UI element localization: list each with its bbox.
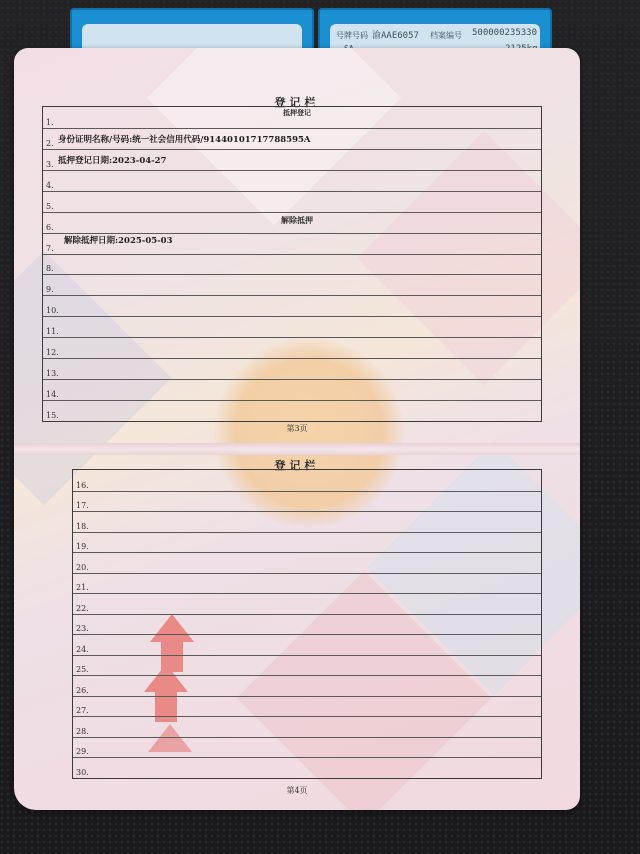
register-row: 29. <box>73 737 541 759</box>
archive-label: 档案编号 <box>430 30 462 41</box>
page4-register-table: 16.17.18.19.20.21.22.23.24.25.26.27.28.2… <box>72 469 542 779</box>
page3-number: 第3页 <box>14 423 580 434</box>
row-number: 10. <box>46 306 59 315</box>
row-number: 17. <box>76 501 89 510</box>
register-row: 18. <box>73 511 541 533</box>
row-number: 21. <box>76 583 89 592</box>
booklet-fold <box>14 443 580 455</box>
register-row: 4. <box>43 170 541 192</box>
row-number: 28. <box>76 727 89 736</box>
page4-number: 第4页 <box>14 785 580 796</box>
register-row: 23. <box>73 614 541 636</box>
row-number: 26. <box>76 686 89 695</box>
register-row: 13. <box>43 358 541 380</box>
row-number: 20. <box>76 563 89 572</box>
row-number: 8. <box>46 264 54 273</box>
register-row: 30. <box>73 757 541 778</box>
row-number: 7. <box>46 244 54 253</box>
page-4: 登记栏 16.17.18.19.20.21.22.23.24.25.26.27.… <box>14 455 580 810</box>
register-row: 8. <box>43 254 541 276</box>
row-number: 12. <box>46 348 59 357</box>
register-row: 26. <box>73 675 541 697</box>
register-row: 21. <box>73 573 541 595</box>
row-number: 3. <box>46 160 54 169</box>
register-row: 5. <box>43 191 541 213</box>
plate-number: 渝AAE6057 <box>372 28 419 41</box>
row-number: 15. <box>46 411 59 420</box>
row-number: 25. <box>76 665 89 674</box>
register-row: 19. <box>73 532 541 554</box>
registration-booklet: 登记栏 抵押登记 1.2.3.4.5.6.7.8.9.10.11.12.13.1… <box>14 48 580 810</box>
register-row: 22. <box>73 593 541 615</box>
row-number: 4. <box>46 181 54 190</box>
row-number: 30. <box>76 768 89 777</box>
release-date-entry: 解除抵押日期:2025-05-03 <box>64 234 173 246</box>
register-row: 27. <box>73 696 541 718</box>
register-row: 10. <box>43 295 541 317</box>
register-row: 28. <box>73 716 541 738</box>
row-number: 16. <box>76 481 89 490</box>
register-row: 12. <box>43 337 541 359</box>
page-3: 登记栏 抵押登记 1.2.3.4.5.6.7.8.9.10.11.12.13.1… <box>14 48 580 443</box>
row-number: 29. <box>76 747 89 756</box>
row-number: 14. <box>46 390 59 399</box>
row-number: 13. <box>46 369 59 378</box>
row-number: 2. <box>46 139 54 148</box>
row-number: 22. <box>76 604 89 613</box>
plate-label: 号牌号码 <box>336 30 368 41</box>
register-row: 17. <box>73 491 541 513</box>
register-row: 25. <box>73 655 541 677</box>
row-number: 9. <box>46 285 54 294</box>
register-row: 15. <box>43 400 541 421</box>
register-row: 9. <box>43 274 541 296</box>
row-number: 19. <box>76 542 89 551</box>
register-row: 20. <box>73 552 541 574</box>
row-number: 27. <box>76 706 89 715</box>
row-number: 11. <box>46 327 59 336</box>
id-number-entry: 身份证明名称/号码:统一社会信用代码/91440101717788595A <box>58 133 311 145</box>
register-row: 16. <box>73 470 541 492</box>
row-number: 5. <box>46 202 54 211</box>
mortgage-date-entry: 抵押登记日期:2023-04-27 <box>58 154 167 166</box>
register-row: 14. <box>43 379 541 401</box>
register-row: 11. <box>43 316 541 338</box>
register-row: 24. <box>73 634 541 656</box>
register-row: 1. <box>43 107 541 129</box>
row-number: 1. <box>46 118 54 127</box>
row-number: 23. <box>76 624 89 633</box>
archive-number: 500000235330 <box>472 28 537 38</box>
release-mortgage-title: 解除抵押 <box>14 215 580 226</box>
row-number: 18. <box>76 522 89 531</box>
row-number: 24. <box>76 645 89 654</box>
